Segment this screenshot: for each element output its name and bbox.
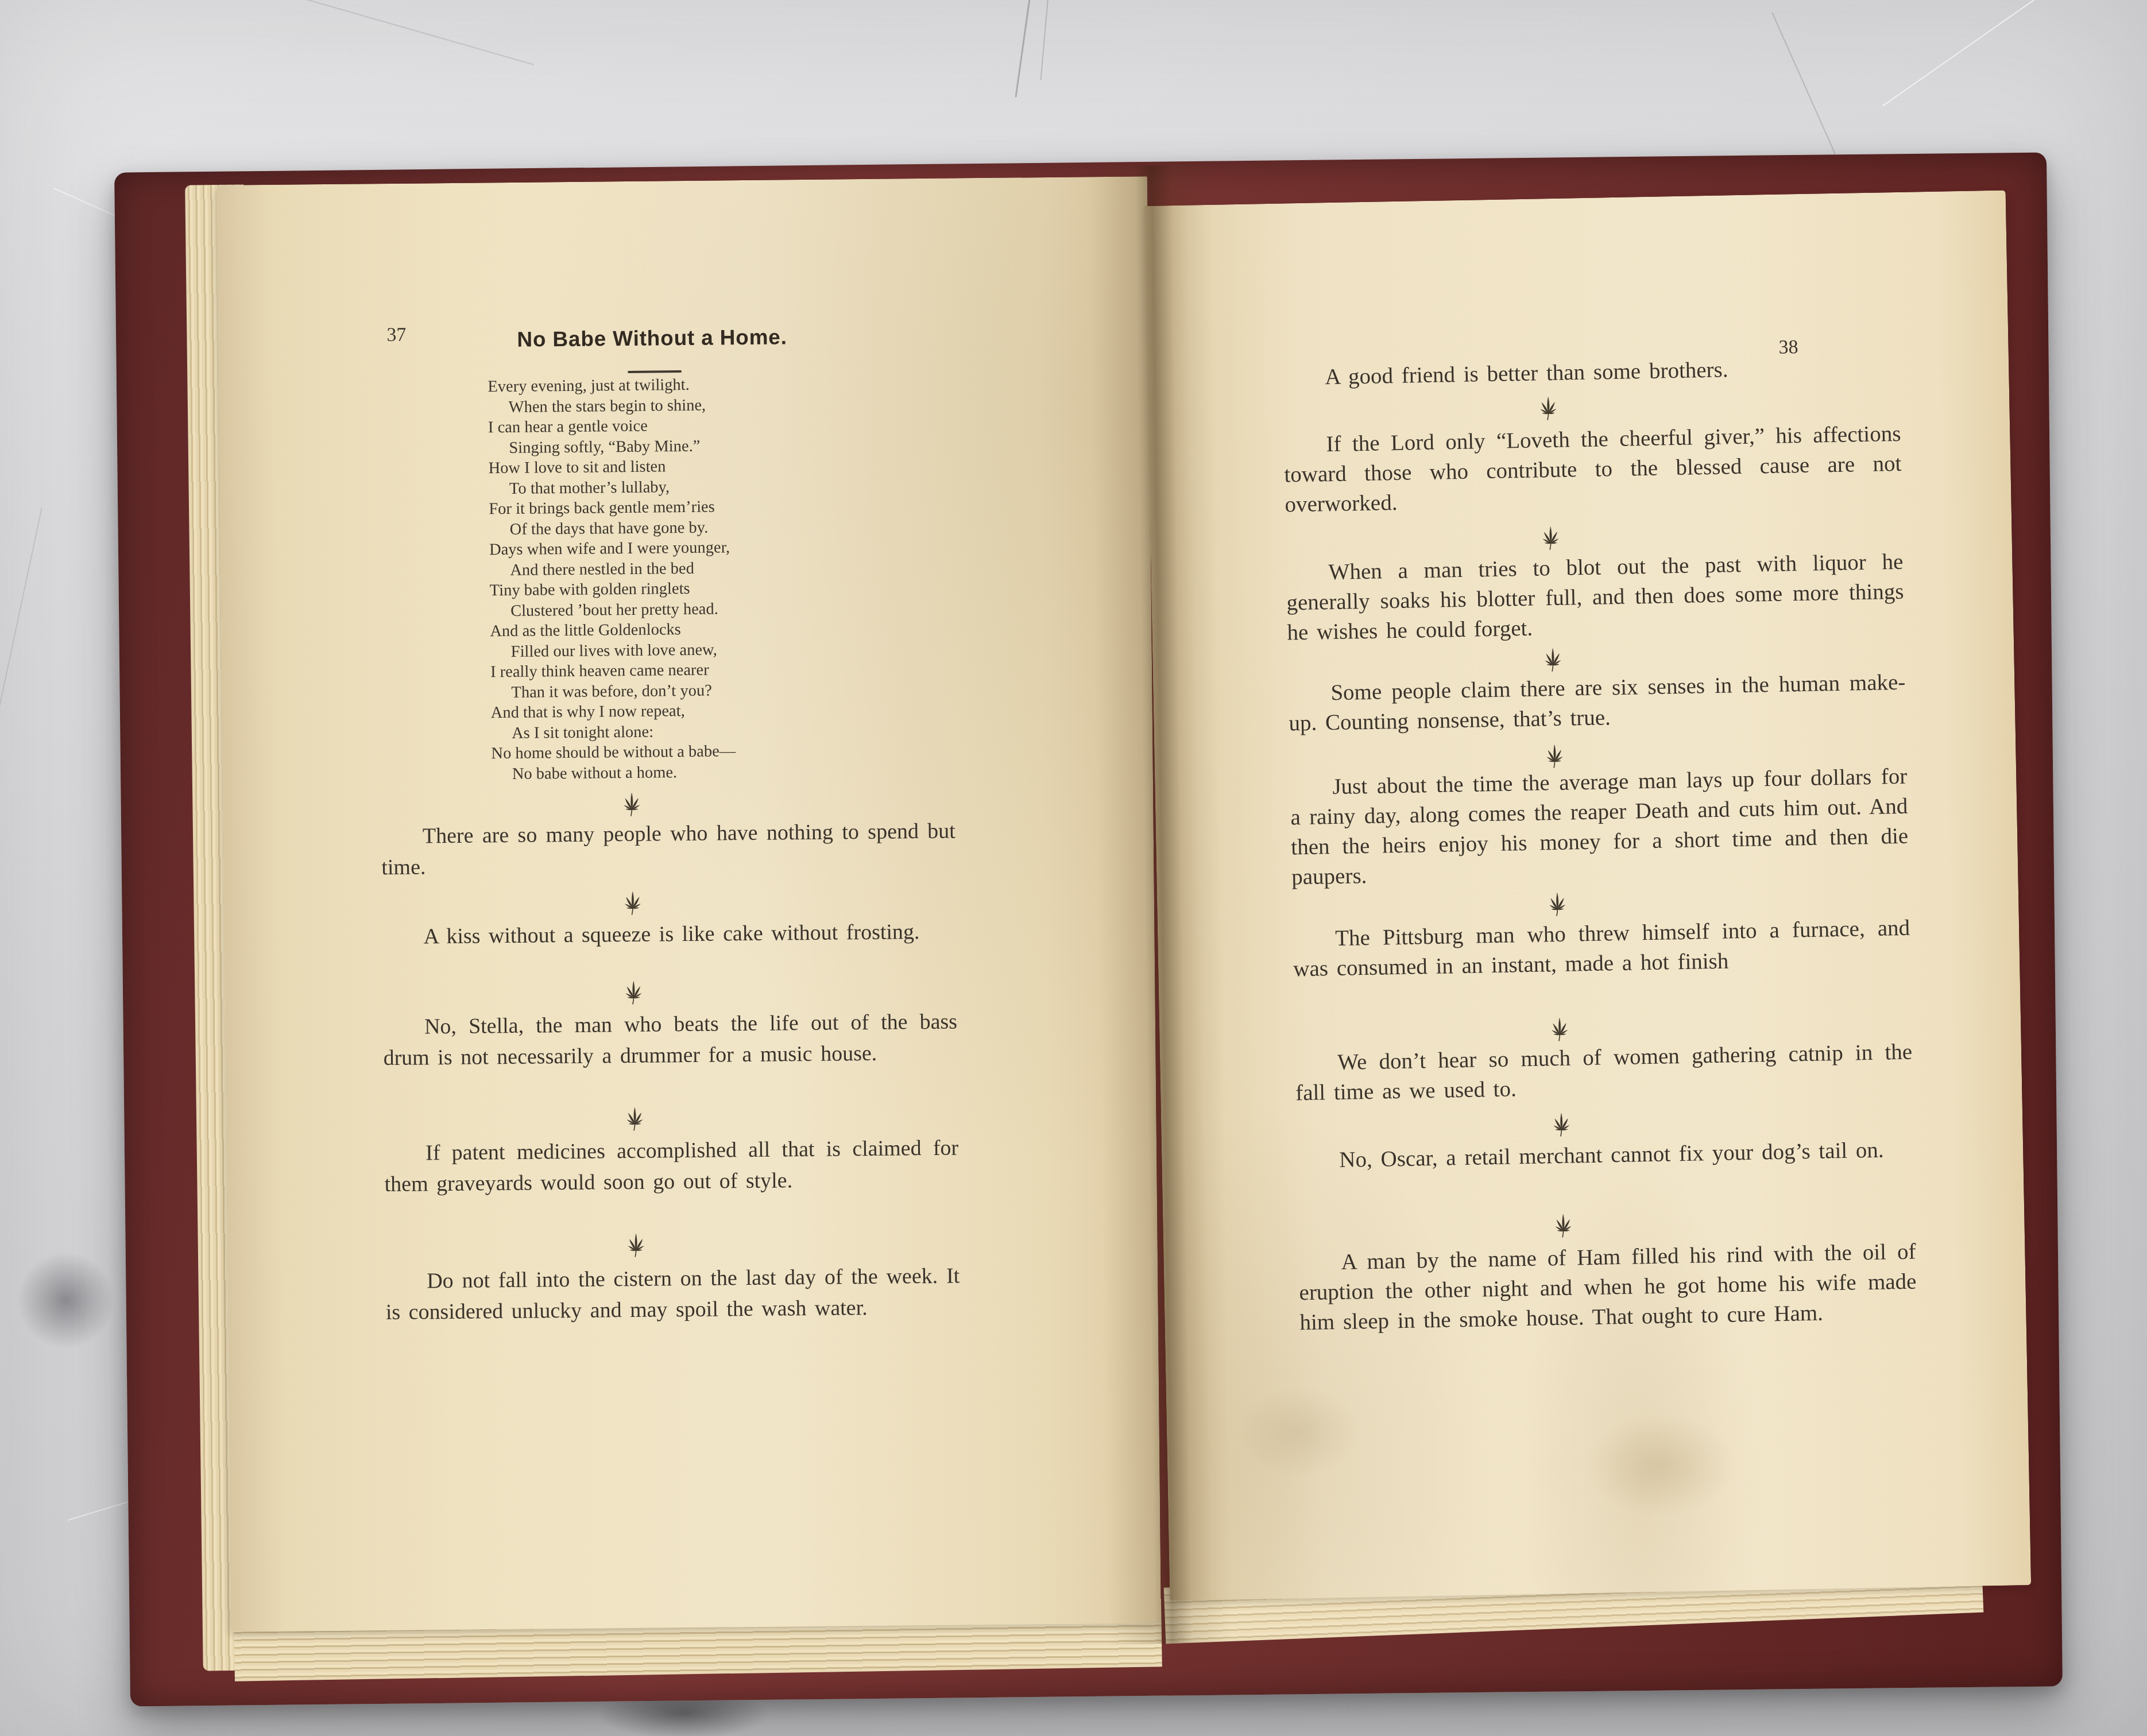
poem-line: How I love to sit and listen bbox=[489, 455, 856, 479]
scratch-mark bbox=[1040, 0, 1049, 80]
poem: Every evening, just at twilight. When th… bbox=[488, 373, 859, 784]
poem-line: Every evening, just at twilight. bbox=[488, 373, 855, 397]
aphorism-paragraph: Just about the time the average man lays… bbox=[1290, 762, 1909, 893]
leaf-ornament-icon bbox=[1534, 393, 1562, 423]
leaf-ornament-icon bbox=[1539, 644, 1567, 675]
poem-line: Than it was before, don’t you? bbox=[511, 679, 858, 703]
aphorism-paragraph: If the Lord only “Loveth the cheerful gi… bbox=[1283, 419, 1902, 520]
leaf-ornament-icon bbox=[1541, 741, 1569, 771]
poem-line: Of the days that have gone by. bbox=[510, 516, 857, 540]
poem-line: No home should be without a babe— bbox=[491, 740, 858, 764]
stain-mark bbox=[17, 1251, 115, 1349]
scratch-mark bbox=[1771, 12, 1836, 154]
scratch-mark bbox=[0, 507, 42, 743]
poem-line: Days when wife and I were younger, bbox=[489, 536, 857, 560]
chapter-title: No Babe Without a Home. bbox=[267, 323, 1036, 354]
leaf-ornament-icon bbox=[1543, 889, 1572, 919]
poem-line: When the stars begin to shine, bbox=[509, 394, 856, 417]
page-stain bbox=[1586, 1412, 1737, 1518]
poem-line: Tiny babe with golden ringlets bbox=[490, 577, 857, 601]
poem-line: No babe without a home. bbox=[512, 761, 859, 784]
aphorism-paragraph: No, Oscar, a retail merchant cannot fix … bbox=[1297, 1135, 1914, 1176]
leaf-ornament-icon bbox=[622, 1230, 649, 1260]
aphorism-paragraph: The Pittsburg man who threw himself into… bbox=[1293, 913, 1911, 985]
poem-line: To that mother’s lullaby, bbox=[509, 475, 856, 499]
leaf-ornament-icon bbox=[618, 789, 645, 819]
poem-line: For it brings back gentle mem’ries bbox=[489, 495, 856, 520]
leaf-ornament-icon bbox=[620, 977, 647, 1007]
aphorism-paragraph: If patent medicines accomplished all tha… bbox=[384, 1133, 959, 1200]
aphorism-paragraph: A kiss without a squeeze is like cake wi… bbox=[382, 916, 956, 953]
leaf-ornament-icon bbox=[1537, 522, 1565, 553]
leaf-ornament-icon bbox=[1548, 1109, 1576, 1139]
leaf-ornament-icon bbox=[1546, 1013, 1574, 1044]
poem-line: Clustered ’bout her pretty head. bbox=[510, 598, 857, 621]
right-page: 38 A good friend is better than some bro… bbox=[1144, 190, 2031, 1601]
poem-line: Singing softly, “Baby Mine.” bbox=[509, 435, 856, 458]
aphorism-paragraph: A good friend is better than some brothe… bbox=[1282, 352, 1900, 393]
poem-line: And that is why I now repeat, bbox=[491, 699, 858, 723]
aphorism-paragraph: No, Stella, the man who beats the life o… bbox=[383, 1006, 958, 1074]
scratch-mark bbox=[1882, 0, 2085, 106]
leaf-ornament-icon bbox=[1549, 1210, 1577, 1240]
poem-line: Filled our lives with love anew, bbox=[511, 638, 858, 662]
poem-line: And there nestled in the bed bbox=[510, 557, 857, 580]
page-stain bbox=[1235, 1385, 1363, 1479]
title-rule bbox=[628, 370, 682, 373]
photo-background: 37 No Babe Without a Home. Every evening… bbox=[0, 0, 2147, 1736]
scratch-mark bbox=[247, 0, 534, 65]
aphorism-paragraph: When a man tries to blot out the past wi… bbox=[1286, 547, 1905, 648]
poem-line: As I sit tonight alone: bbox=[512, 720, 858, 743]
aphorism-paragraph: A man by the name of Ham filled his rind… bbox=[1298, 1237, 1917, 1338]
leaf-ornament-icon bbox=[621, 1103, 648, 1133]
left-page: 37 No Babe Without a Home. Every evening… bbox=[217, 176, 1161, 1632]
aphorism-paragraph: We don’t hear so much of women gathering… bbox=[1295, 1037, 1913, 1109]
aphorism-paragraph: Do not fall into the cistern on the last… bbox=[385, 1261, 960, 1328]
poem-line: And as the little Goldenlocks bbox=[490, 618, 857, 642]
aphorism-paragraph: There are so many people who have nothin… bbox=[381, 816, 956, 883]
scratch-mark bbox=[1015, 0, 1031, 97]
poem-line: I can hear a gentle voice bbox=[488, 414, 856, 438]
poem-line: I really think heaven came nearer bbox=[490, 658, 858, 683]
aphorism-paragraph: Some people claim there are six senses i… bbox=[1288, 668, 1906, 739]
leaf-ornament-icon bbox=[619, 888, 647, 917]
